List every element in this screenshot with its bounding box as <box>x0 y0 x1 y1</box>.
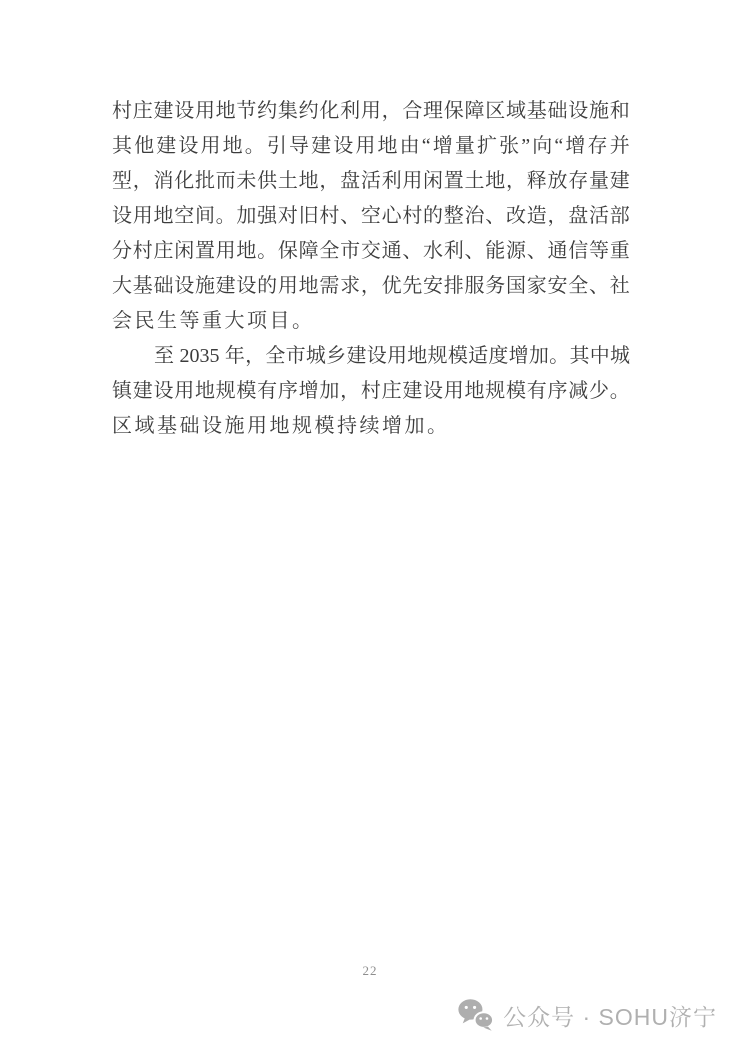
text-line: 会民生等重大项目。 <box>112 304 630 339</box>
text-line: 型，消化批而未供土地，盘活利用闲置土地，释放存量建 <box>112 164 630 199</box>
document-page: 村庄建设用地节约集约化利用，合理保障区域基础设施和 其他建设用地。引导建设用地由… <box>0 0 740 1047</box>
watermark: 公众号 · SOHU济宁 <box>457 998 717 1032</box>
text-line: 大基础设施建设的用地需求，优先安排服务国家安全、社 <box>112 269 630 304</box>
text-line: 其他建设用地。引导建设用地由“增量扩张”向“增存并举”转 <box>112 129 630 164</box>
text-line: 镇建设用地规模有序增加，村庄建设用地规模有序减少。 <box>112 374 630 409</box>
page-number: 22 <box>0 963 740 979</box>
text-line: 村庄建设用地节约集约化利用，合理保障区域基础设施和 <box>112 94 630 129</box>
watermark-text: 公众号 · SOHU济宁 <box>503 999 717 1032</box>
text-line: 至 2035 年，全市城乡建设用地规模适度增加。其中城 <box>112 339 630 374</box>
text-line: 区域基础设施用地规模持续增加。 <box>112 409 630 444</box>
text-line: 设用地空间。加强对旧村、空心村的整治、改造，盘活部 <box>112 199 630 234</box>
body-text: 村庄建设用地节约集约化利用，合理保障区域基础设施和 其他建设用地。引导建设用地由… <box>112 94 630 444</box>
text-line: 分村庄闲置用地。保障全市交通、水利、能源、通信等重 <box>112 234 630 269</box>
wechat-icon <box>457 998 494 1032</box>
